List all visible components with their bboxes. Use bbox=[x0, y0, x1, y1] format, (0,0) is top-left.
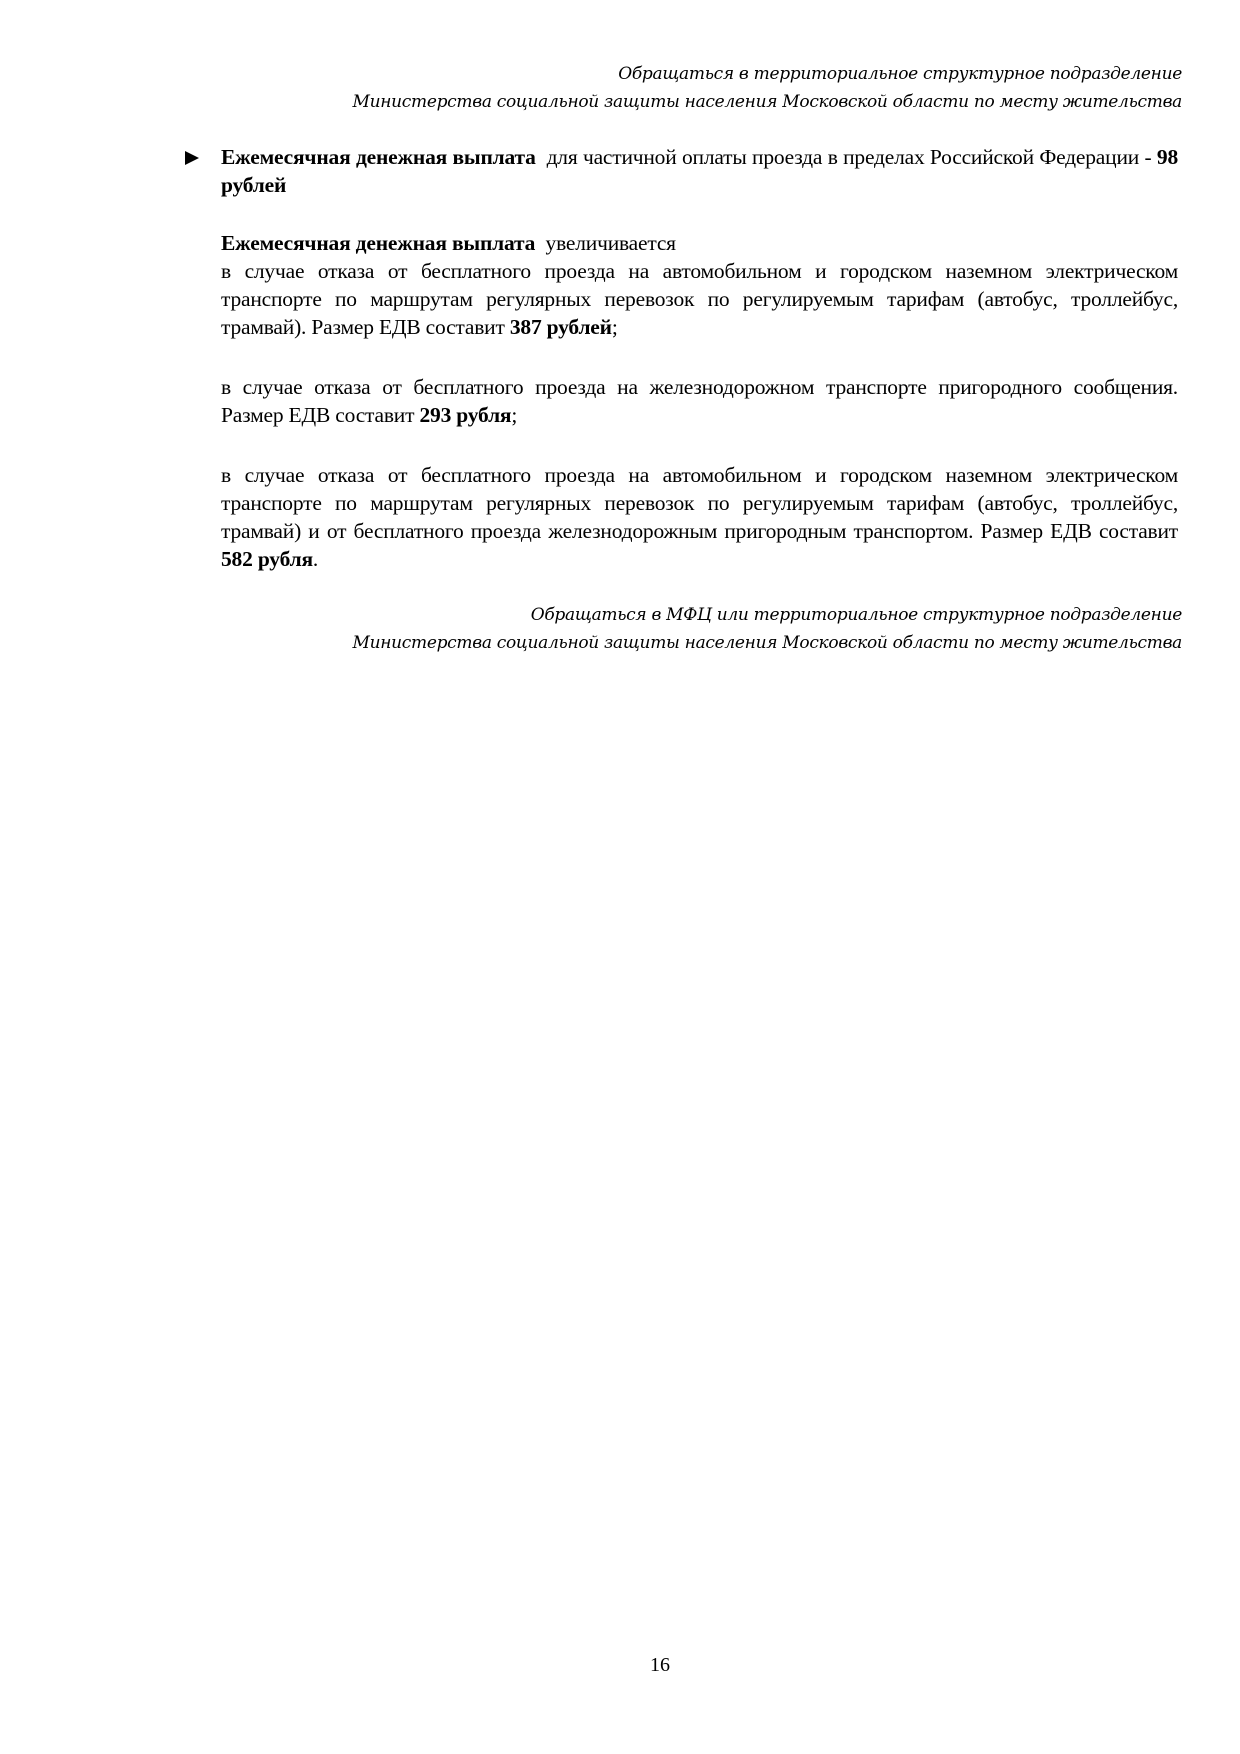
case-end-punct: ; bbox=[511, 403, 517, 427]
header-note-line-2: Министерства социальной защиты населения… bbox=[282, 88, 1182, 116]
case-end-punct: . bbox=[313, 547, 318, 571]
case-end-punct: ; bbox=[612, 315, 618, 339]
footer-contact-note: Обращаться в МФЦ или территориальное стр… bbox=[282, 601, 1182, 657]
case-text: в случае отказа от бесплатного проезда н… bbox=[221, 375, 1178, 427]
case-amount: 387 рублей bbox=[510, 315, 612, 339]
header-note-line-1: Обращаться в территориальное структурное… bbox=[282, 60, 1182, 88]
benefit-bullet-text: Ежемесячная денежная выплата для частичн… bbox=[221, 143, 1178, 199]
increase-heading: Ежемесячная денежная выплата увеличивает… bbox=[221, 229, 1178, 257]
case-paragraph-rail-transport: в случае отказа от бесплатного проезда н… bbox=[221, 373, 1178, 429]
benefit-title: Ежемесячная денежная выплата bbox=[221, 145, 536, 169]
case-amount: 293 рубля bbox=[419, 403, 511, 427]
footer-note-line-1: Обращаться в МФЦ или территориальное стр… bbox=[282, 601, 1182, 629]
case-paragraph-both-transport: в случае отказа от бесплатного проезда н… bbox=[221, 461, 1178, 573]
increase-text: увеличивается bbox=[535, 231, 676, 255]
footer-note-line-2: Министерства социальной защиты населения… bbox=[282, 629, 1182, 657]
document-page: Обращаться в территориальное структурное… bbox=[0, 0, 1240, 1754]
case-text: в случае отказа от бесплатного проезда н… bbox=[221, 259, 1178, 339]
case-amount: 582 рубля bbox=[221, 547, 313, 571]
header-contact-note: Обращаться в территориальное структурное… bbox=[282, 60, 1182, 116]
benefit-description: для частичной оплаты проезда в пределах … bbox=[536, 145, 1157, 169]
case-text: в случае отказа от бесплатного проезда н… bbox=[221, 463, 1178, 543]
page-number: 16 bbox=[0, 1654, 1240, 1677]
arrowhead-bullet-icon bbox=[185, 151, 199, 165]
case-paragraph-urban-transport: в случае отказа от бесплатного проезда н… bbox=[221, 257, 1178, 341]
increase-title: Ежемесячная денежная выплата bbox=[221, 231, 535, 255]
